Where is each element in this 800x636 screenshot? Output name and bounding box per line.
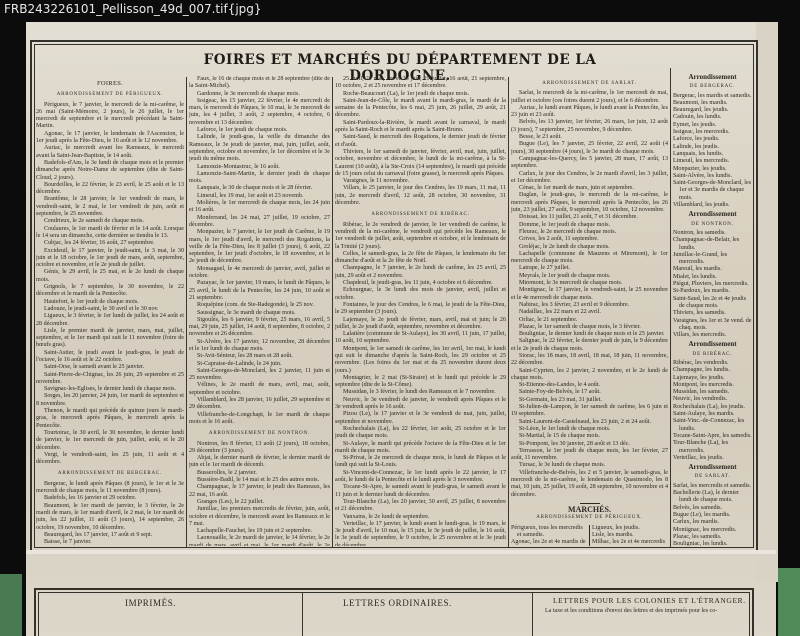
entry: Grives, les 2 août, 11 septembre. bbox=[511, 236, 668, 243]
entry: Saint-Cyprien, les 2 janvier, 2 novembre… bbox=[511, 368, 668, 383]
entry: Cendrieux, le 2e samedi de chaque mois. bbox=[36, 218, 184, 225]
arrondissement-heading: Arrondissement bbox=[673, 211, 752, 218]
entry: St-Léon, le 1er lundi de chaque mois. bbox=[511, 426, 668, 433]
entry: Auriac, le lundi avant Pâques, le lundi … bbox=[511, 105, 668, 120]
entry: Cadouin, les lundis. bbox=[673, 114, 752, 121]
entry: Verteillac, les jeudis. bbox=[673, 455, 752, 462]
entry: Beaumont, les mardis. bbox=[673, 100, 752, 107]
entry: Celles, le samedi-gras, la 2e fête de Pâ… bbox=[335, 251, 506, 266]
entry: Excideuil, le 17 janvier, le jeudi-saint… bbox=[36, 248, 184, 270]
entry: Hautefort, le 1er jeudi de chaque mois. bbox=[36, 299, 184, 306]
lettres-ordinaires-heading: LETTRES ORDINAIRES. bbox=[343, 598, 452, 608]
lettres-colonies-heading: LETTRES POUR LES COLONIES ET L'ÉTRANGER. bbox=[553, 596, 746, 605]
entry: Fleurac, le 2e mercredi de chaque mois. bbox=[511, 229, 668, 236]
entry: Badefols-d'Ans, le 3e lundi de chaque mo… bbox=[36, 160, 184, 182]
entry: Domme, le 1er jeudi de chaque mois. bbox=[511, 222, 668, 229]
column-rule bbox=[670, 68, 671, 547]
arrondissement-heading: Arrondissement bbox=[673, 464, 752, 471]
entry: Mialet, les lundis. bbox=[673, 274, 752, 281]
entry: Saint-Alvère, les lundis. bbox=[673, 173, 752, 180]
entry: St-Aulaye, le mardi qui précède l'octave… bbox=[335, 441, 506, 456]
entry: Lisle, les mardis. bbox=[592, 532, 668, 539]
section-heading: ARRONDISSEMENT DE PÉRIGUEUX. bbox=[511, 514, 668, 521]
entry: Saint-Astier, le jeudi avant le jeudi-gr… bbox=[36, 350, 184, 365]
entry: Varaignes, les 1er et 3e vend. de chaq. … bbox=[673, 318, 752, 333]
entry: Bergerac, le lundi après Pâques (8 jours… bbox=[36, 481, 184, 496]
entry: Saint-Georges-de-Monclard, les 2 janvier… bbox=[189, 368, 330, 383]
entry: Tourtoirac, le 30 avril, le 30 novembre,… bbox=[36, 430, 184, 452]
entry: St-Germain, les 23 mai, 31 juillet. bbox=[511, 397, 668, 404]
entry: Plazac, les samedis. bbox=[673, 534, 752, 541]
section-heading: ARRONDISSEMENT DE PÉRIGUEUX. bbox=[36, 91, 184, 98]
entry: Doissat, les 11 juillet, 21 août, 7 et 3… bbox=[511, 214, 668, 221]
entry: Saint-Aulaye, les mardis. bbox=[673, 411, 752, 418]
entry: Génis, le 29 avril, le 25 mai, et le 2e … bbox=[36, 269, 184, 284]
entry: Grignols, le 7 septembre, le 30 novembre… bbox=[36, 284, 184, 299]
entry: Campagnac-les-Quercy, les 5 janvier, 28 … bbox=[511, 156, 668, 171]
entry: Saint-Orse, le samedi avant le 25 janvie… bbox=[36, 364, 184, 371]
arrondissement-subheading: DE BERGERAC. bbox=[673, 83, 752, 90]
entry: Nabirac, les 3 février, 23 avril et 9 dé… bbox=[511, 302, 668, 309]
column-rule bbox=[302, 592, 303, 636]
entry: Eymet, les jeudis. bbox=[673, 122, 752, 129]
foires-heading: FOIRES. bbox=[36, 80, 184, 87]
column-marches-arrondissements: ArrondissementDE BERGERAC.Bergerac, les … bbox=[673, 72, 752, 546]
entry: Bachellerie (La), le dernier lundi de ch… bbox=[673, 490, 752, 505]
entry: Laonouaille, le 2e mardi de janvier, le … bbox=[189, 535, 330, 546]
entry: Tour-Blanche (La), les 20 janvier, 30 av… bbox=[335, 499, 506, 514]
entry: Salignac, le 22 février, le dernier jeud… bbox=[511, 338, 668, 353]
entry: Laforce, le 1er jeudi de chaque mois. bbox=[189, 127, 330, 134]
entry: Champagne, les lundis. bbox=[673, 367, 752, 374]
entry: Sainte-Foy-de-Belvès, le 17 août. bbox=[511, 389, 668, 396]
entry: Vélines, le 2e mardi de mars, avril, mai… bbox=[189, 382, 330, 397]
entry: Saint-Pardoux-la-Rivière, le mardi avant… bbox=[335, 120, 506, 135]
entry: Jumillac-le-Grand, les mercredis. bbox=[673, 252, 752, 267]
entry: Thiviers, le 1er samedi de janvier, févr… bbox=[335, 149, 506, 178]
entry: Gardonne, le 3e mercredi de chaque mois. bbox=[189, 91, 330, 98]
entry: Molières, le 1er mercredi de chaque mois… bbox=[189, 200, 330, 215]
entry: Thiviers, les samedis. bbox=[673, 310, 752, 317]
entry: Groléjac, le 2e lundi de chaque mois. bbox=[511, 244, 668, 251]
entry: Faux, le 16 de chaque mois et le 28 sept… bbox=[189, 76, 330, 91]
entry: Vergt, le vendredi-saint, les 25 juin, 1… bbox=[36, 452, 184, 467]
entry: Montpont, le 1er samedi de carême, les 1… bbox=[335, 346, 506, 375]
entry: Jumillac, les premiers mercredis de févr… bbox=[189, 506, 330, 528]
entry: Lanquais, les lundis. bbox=[673, 151, 752, 158]
entry: Echourgnac, le 3e lundi des mois de janv… bbox=[335, 287, 506, 302]
entry: Savignac-les-Eglises, le dernier lundi d… bbox=[36, 386, 184, 393]
entry: Saint-Georges-de-Monclard, les 1er et 3e… bbox=[673, 180, 752, 202]
entry: Ribérac, les vendredis. bbox=[673, 360, 752, 367]
entry: Limeuil, les 19 mai, 1er août et 23 nove… bbox=[189, 193, 330, 200]
entry: Vanxains, le 2e lundi de septembre. bbox=[335, 514, 506, 521]
entry: Monferrand, les 24 mai, 27 juillet, 19 o… bbox=[189, 215, 330, 230]
entry: Lamonzie-Montastruc, le 16 août. bbox=[189, 164, 330, 171]
entry: Tocane-St-Apre, le samedi avant le jeudi… bbox=[335, 484, 506, 499]
entry: Sorges, les 20 janvier, 24 juin, 1er mar… bbox=[36, 393, 184, 408]
entry: Varaignes, le 11 novembre. bbox=[335, 178, 506, 185]
entry: Bugue (Le), les 7 janvier, 25 février, 2… bbox=[511, 141, 668, 156]
entry: Lalinde, les jeudis. bbox=[673, 144, 752, 151]
entry: Ligueux, les jeudis. bbox=[592, 525, 668, 532]
section-heading: ARRONDISSEMENT DE RIBÉRAC. bbox=[335, 211, 506, 218]
entry: Monpazier, le 7 janvier, le 1er jeudi de… bbox=[189, 229, 330, 265]
entry: Lamonzie-Saint-Martin, le dernier jeudi … bbox=[189, 171, 330, 186]
entry: Carlux, les mardis. bbox=[673, 519, 752, 526]
entry: Montignac, les mercredis. bbox=[673, 527, 752, 534]
entry: St-Etienne-des-Landes, le 4 août. bbox=[511, 382, 668, 389]
entry: St-Pardoux, les mardis. bbox=[673, 288, 752, 295]
arrondissement-heading: Arrondissement bbox=[673, 74, 752, 81]
lettres-colonies-text: La taxe et les conditions d'envoi des le… bbox=[545, 608, 717, 614]
column-rule bbox=[532, 592, 533, 636]
entry: Mareuil, les mardis. bbox=[673, 266, 752, 273]
entry: Villamblard, les 28 janvier, 16 juillet,… bbox=[189, 397, 330, 412]
column-rule bbox=[332, 77, 333, 547]
entry: Issigeac, les 15 janvier, 22 février, le… bbox=[189, 98, 330, 127]
entry: Beauregard, les jeudis. bbox=[673, 107, 752, 114]
entry: Pazayac, le 1er janvier, 19 mars, le lun… bbox=[189, 280, 330, 302]
entry: Neuvic, le 3e vendredi de janvier, le ve… bbox=[335, 397, 506, 412]
entry: Lalinde, le jeudi-gras, la veille du dim… bbox=[189, 134, 330, 163]
entry: Ribérac, le 2e vendredi de janvier, le 1… bbox=[335, 222, 506, 251]
entry: Beaumont, le 1er mardi de janvier, le 3 … bbox=[36, 503, 184, 532]
entry: Siorac, les 18 mars, 18 avril, 18 mai, 1… bbox=[511, 353, 668, 368]
entry: Thenon, le mardi qui précède de quinze j… bbox=[36, 408, 184, 430]
entry: Montpont, les mercredis. bbox=[673, 382, 752, 389]
entry: St-Martial, le 15 de chaque mois. bbox=[511, 433, 668, 440]
entry: Périgueux, le 7 janvier, le mercredi de … bbox=[36, 102, 184, 131]
entry: Lajemaye, les jeudis. bbox=[673, 375, 752, 382]
entry: Piégut, Pluviers, les mercredis. bbox=[673, 281, 752, 288]
column-perigueux-bergerac: FOIRES. ARRONDISSEMENT DE PÉRIGUEUX. Pér… bbox=[36, 76, 184, 546]
arrondissement-heading: Arrondissement bbox=[673, 341, 752, 348]
entry: Villars, le 25 janvier, le jour des Cend… bbox=[335, 185, 506, 207]
entry: Lanquais, le 30 de chaque mois et le 28 … bbox=[189, 185, 330, 192]
entry: Tour-Blanche (La), les mercredis. bbox=[673, 440, 752, 455]
entry: Nadaillac, les 22 mars et 22 avril. bbox=[511, 309, 668, 316]
entry: Montagrier, le 2 mai (St-Siraire) et le … bbox=[335, 375, 506, 390]
entry: Villars, les mercredis. bbox=[673, 332, 752, 339]
entry: Nontron, les samedis. bbox=[673, 230, 752, 237]
entry: Bourdeilles, le 22 février, le 23 avril,… bbox=[36, 182, 184, 197]
entry: Monpazier, les jeudis. bbox=[673, 166, 752, 173]
entry: Baisse, le 7 janvier. bbox=[36, 539, 184, 546]
entry: Laforce, les jeudis. bbox=[673, 136, 752, 143]
entry: Bussière-Badil, le 14 mai et le 25 des a… bbox=[189, 477, 330, 484]
entry: Bouligniac, les lundis. bbox=[673, 541, 752, 546]
entry: Lalatière (commune de St-Aulaye), les 30… bbox=[335, 331, 506, 346]
entry: Latrape, le 27 juillet. bbox=[511, 265, 668, 272]
marches-heading: MARCHÉS. bbox=[511, 506, 668, 513]
entry: Champagne, le 7 janvier, le 2e lundi de … bbox=[335, 265, 506, 280]
column-rule bbox=[186, 77, 187, 547]
entry: Villefranche-de-Belvès, les 2 et 5 janvi… bbox=[511, 470, 668, 499]
arrondissement-subheading: DE RIBÉRAC. bbox=[673, 351, 752, 358]
entry: Abjat, le dernier mardi de février, le d… bbox=[189, 455, 330, 470]
entry: Bugue (Le), les mardis. bbox=[673, 512, 752, 519]
entry: Miremont, le 3e mercredi de chaque mois. bbox=[511, 280, 668, 287]
arrondissement-subheading: DE SARLAT. bbox=[673, 473, 752, 480]
entry: Lajemaye, le 2e jeudi de février, mars, … bbox=[335, 317, 506, 332]
column-nontron-riberac: 25 avril, 21 mai, 1er et 26 juin, 29 jui… bbox=[335, 76, 506, 546]
entry: Badefols, les 16 janvier et 29 octobre. bbox=[36, 495, 184, 502]
entry: Neuvic, les vendredis. bbox=[673, 396, 752, 403]
entry: Beauregard, les 17 janvier, 17 août et 9… bbox=[36, 532, 184, 539]
entry: Bergerac, les mardis et samedis. bbox=[673, 93, 752, 100]
section-heading: ARRONDISSEMENT DE NONTRON. bbox=[189, 430, 330, 437]
entry: Fontaines, le jour des Cendres, le 6 mai… bbox=[335, 302, 506, 317]
entry: Belvès, les samedis. bbox=[673, 505, 752, 512]
entry: Auriac, le mercredi avant les Rameaux, l… bbox=[36, 145, 184, 160]
entry: 25 avril, 21 mai, 1er et 26 juin, 29 jui… bbox=[335, 76, 506, 91]
entry: Agonac, le 17 janvier, le lendemain de l… bbox=[36, 131, 184, 146]
entry: Roquépine (com. de Ste-Radegonde), le 25… bbox=[189, 302, 330, 309]
entry: Saint-Vinc.-de-Connezac, les lundis. bbox=[673, 418, 752, 433]
entry: Limeuil, les mercredis. bbox=[673, 158, 752, 165]
entry: Saint-Jean-de-Côle, le mardi avant le ma… bbox=[335, 98, 506, 120]
entry: St-Capraise-de-Lalinde, le 24 juin. bbox=[189, 361, 330, 368]
entry: Montignac, le 17 janvier, le vendredi-sa… bbox=[511, 287, 668, 302]
entry: Cénac, le 1er mardi de mars, juin et sep… bbox=[511, 185, 668, 192]
entry: Belvès, les 13 janvier, 1er février, 26 … bbox=[511, 119, 668, 134]
section-heading: ARRONDISSEMENT DE BERGERAC. bbox=[36, 470, 184, 477]
entry: Daglan, le jeudi-gras, le mercredi de la… bbox=[511, 192, 668, 214]
entry: Lachapelle (commune de Mauzens et Miremo… bbox=[511, 251, 668, 266]
entry: Saint-Pierre-de-Chignac, les 26 juin, 29… bbox=[36, 372, 184, 387]
entry: Mussidan, les samedis. bbox=[673, 389, 752, 396]
entry: Périgueux, tous les mercredis et samedis… bbox=[511, 525, 587, 540]
column-rule bbox=[508, 77, 509, 547]
section-heading: ARRONDISSEMENT DE SARLAT. bbox=[511, 80, 668, 87]
imprimes-heading: IMPRIMÉS. bbox=[125, 598, 176, 608]
entry: St-Avit-Sénieur, les 28 mars et 28 août. bbox=[189, 353, 330, 360]
entry: Verteillac, le 17 janvier, le lundi avan… bbox=[335, 521, 506, 546]
column-sarlat-marches: ARRONDISSEMENT DE SARLAT. Sarlat, le mer… bbox=[511, 76, 668, 546]
entry: Champagnac-de-Belair, les lundis. bbox=[673, 237, 752, 252]
entry: Villefranche-de-Longchapt, le 1er mardi … bbox=[189, 412, 330, 427]
entry: Monsaguel, le 4e mercredi de janvier, av… bbox=[189, 266, 330, 281]
entry: Lisle, le premier mardi de janvier, mars… bbox=[36, 328, 184, 350]
green-tab-left bbox=[0, 574, 22, 636]
torn-edge bbox=[26, 550, 776, 554]
entry: Saint-Saud, le mercredi des Rogations, l… bbox=[335, 134, 506, 149]
entry: Sarlat, le mercredi de la mi-carême, le … bbox=[511, 90, 668, 105]
entry: Rochechalais (La), les jeudis. bbox=[673, 404, 752, 411]
entry: Plazac, le 1er samedi de chaque mois, le… bbox=[511, 324, 668, 331]
entry: Terrasson, le 1er jeudi de chaque mois, … bbox=[511, 448, 668, 463]
entry: Ligueux, le 3 février, le 1er lundi de j… bbox=[36, 313, 184, 328]
entry: Saint-Saud, les 2e et 4e jeudis de chaqu… bbox=[673, 296, 752, 311]
entry: St-Vincent-de-Connezac, le 1er lundi apr… bbox=[335, 470, 506, 485]
entry: St-Julien-de-Lampon, le 1er samedi de ca… bbox=[511, 404, 668, 419]
entry: Carlux, le jour des Cendres, le 2e mardi… bbox=[511, 171, 668, 186]
entry: Roche-Beaucourt (La), le 1er jeudi de ch… bbox=[335, 91, 506, 98]
viewer-filename: FRB243226101_Pellisson_49d_007.tif{jpg} bbox=[4, 2, 262, 16]
entry: Tursac, le 3e lundi de chaque mois. bbox=[511, 462, 668, 469]
column-bergerac-nontron: Faux, le 16 de chaque mois et le 28 sept… bbox=[189, 76, 330, 546]
entry: Mussidan, le 3 février, le lundi des Ram… bbox=[335, 389, 506, 396]
green-tab-right bbox=[778, 568, 800, 636]
entry: Brantôme, le 28 janvier, le 1er vendredi… bbox=[36, 196, 184, 218]
entry: Milhac, les 2e et 4e mercredis de chaque… bbox=[592, 539, 668, 546]
entry: Meyrals, le 1er jeudi de chaque mois. bbox=[511, 273, 668, 280]
entry: Cubjac, les 24 février, 16 août, 27 sept… bbox=[36, 240, 184, 247]
entry: Busserolles, le 2 janvier. bbox=[189, 470, 330, 477]
entry: Saussignac, le 3e mardi de chaque mois. bbox=[189, 310, 330, 317]
arrondissement-subheading: DE NONTRON. bbox=[673, 221, 752, 228]
entry: Nontron, les 8 février, 13 août (2 jours… bbox=[189, 441, 330, 456]
entry: St-Pompont, les 30 janvier, 28 août et 1… bbox=[511, 441, 668, 448]
entry: Sarlat, les mercredis et samedis. bbox=[673, 483, 752, 490]
entry: Champagnac, le 17 janvier, le jeudi des … bbox=[189, 484, 330, 499]
entry: Coulaures, le 1er mardi de février et le… bbox=[36, 226, 184, 241]
entry: St-Privat, le 2e mercredi de chaque mois… bbox=[335, 455, 506, 470]
entry: Saint-Laurent-de-Castelnaud, les 23 juin… bbox=[511, 419, 668, 426]
entry: Sigoulès, les 6 janvier, 9 février, 25 m… bbox=[189, 317, 330, 339]
page-right-margin bbox=[756, 22, 778, 582]
entry: Orliac, le 21 septembre. bbox=[511, 317, 668, 324]
entry: Pizou (Le), le 17 janvier et le 3e vendr… bbox=[335, 411, 506, 426]
entry: Rochechalais (La), les 22 février, 1er a… bbox=[335, 426, 506, 441]
entry: Chapdeuil, le jeudi-gras, les 11 juin, 4… bbox=[335, 280, 506, 287]
entry: Villamblard, les jeudis. bbox=[673, 202, 752, 209]
entry: Agonac, les 2e et 4e mardis de chaque mo… bbox=[511, 539, 587, 546]
entry: St-Alvère, les 17 janvier, 12 novembre, … bbox=[189, 339, 330, 354]
